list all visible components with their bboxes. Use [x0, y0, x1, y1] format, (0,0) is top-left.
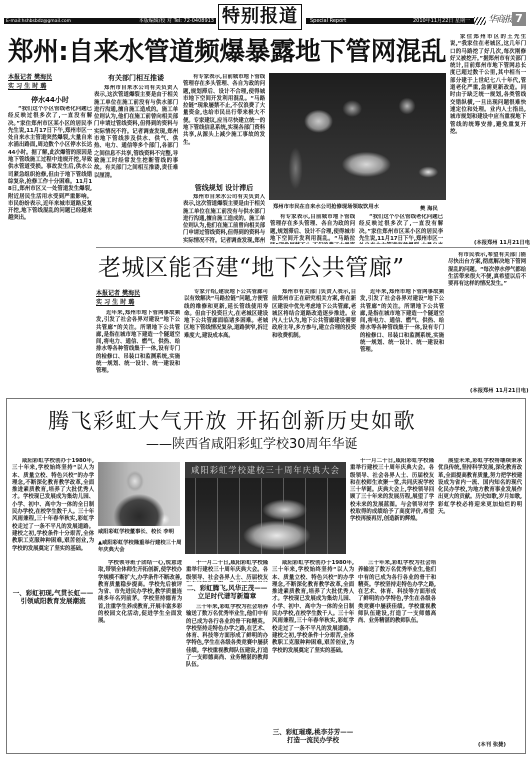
article3-col6-text: 展望未来,彩虹学校将继续秉承优良传统,坚持科学发展,深化教育改革,全面提高教育质…: [438, 458, 522, 516]
article2-byline-intern: 实 习 生 时 璐: [96, 299, 134, 307]
article3-column-4: 咸阳彩虹学校创办于1980年,三十年来,学校始终坚持“以人为本、质量立校、特色兴…: [272, 560, 354, 726]
article2-column-4: 近年来,郑州市地下管网事故频发,引发了社会各界对建设“地下公共管廊”的关注。所谓…: [360, 289, 444, 392]
masthead-editors: 本版编辑/校 对 Tel: 72-0408913: [139, 17, 214, 25]
article1-photo-caption: 郑州市市民在自来水公司抢修现场领取饮用水: [273, 204, 379, 211]
article3-col3a-text: 十一月二十日,咸阳彩虹学校隆重举行建校三十周年庆典大会。各级领导、社会各界人士、…: [186, 560, 268, 582]
article3-photo2-caption: ▲咸阳彩虹学校隆重举行建校三十周年庆典大会: [98, 540, 182, 554]
article2-col5-text: 有市民表示,希望有关部门能尽快出台方案,彻底解决地下管网混乱的问题。“每次停水停…: [448, 252, 526, 288]
article3-col-intro-text: 十一月二十日,咸阳彩虹学校隆重举行建校三十周年庆典大会。各级领导、社会各界人士、…: [350, 458, 434, 524]
article1-column-1: “我们这个小区管线老化问题已经反映过很多次了,一直没有解决。”家住郑州市区某小区…: [8, 106, 92, 388]
article3-column-2: 学校领导班子团结一心,锐意进取,带领全体师生开拓创新,使学校办学规模不断扩大,办…: [98, 560, 182, 748]
article1-col6-text: 家住郑州市区的王先生说,“我家住在老城区,这几年门口的马路挖了好几次,每次刚修好…: [450, 34, 526, 136]
article3-subheadline: ——陕西省咸阳彩虹学校30周年华诞: [146, 436, 358, 454]
article3-col2-text: 学校领导班子团结一心,锐意进取,带领全体师生开拓创新,使学校办学规模不断扩大,办…: [98, 560, 182, 626]
article2-endnote: (本报郑州 11月21日电): [470, 386, 529, 394]
page-masthead: E-mail:hshbsbdz@gmail.com 本版编辑/校 对 Tel: …: [0, 0, 530, 30]
hatch-decoration: [474, 17, 486, 25]
article3-column-6: 展望未来,彩虹学校将继续秉承优良传统,坚持科学发展,深化教育改革,全面提高教育质…: [438, 458, 522, 748]
article1-col4-text: 有专家表示,目前城市地下管线管理存在多头管理、各自为政的问题,规划滞后、设计不合…: [270, 214, 355, 244]
article2-column-3: 郑州市有关部门负责人表示,目前郑州市正在研究相关方案,将在新区建设中优先考虑地下…: [272, 289, 356, 392]
article-divider: [96, 247, 528, 248]
article1-column-5: “我们这个小区管线老化问题已经反映过很多次了,一直没有解决。”家住郑州市区某小区…: [359, 214, 443, 244]
article1-subhead-outage: 停水44小时: [8, 96, 92, 105]
article3-headline: 腾飞彩虹大气开放 开拓创新历史如歌: [48, 404, 416, 438]
article3-column-intro: 十一月二十日,咸阳彩虹学校隆重举行建校三十周年庆典大会。各级领导、社会各界人士、…: [350, 458, 434, 558]
article2-headline: 老城区能否建“地下公共管廊”: [98, 250, 405, 286]
article1-byline-intern: 实 习 生 时 璐: [8, 83, 46, 91]
article3-col3-text: 三十年来,彩虹学校为社会培养输送了数万名优秀毕业生,他们中有的已成为各行各业的骨…: [186, 604, 268, 670]
article1-subhead-departments: 有关部门相互推诿: [94, 74, 178, 83]
article2-column-5: 有市民表示,希望有关部门能尽快出台方案,彻底解决地下管网混乱的问题。“每次停水停…: [448, 252, 526, 392]
article1-headline: 郑州:自来水管道频爆暴露地下管网混乱: [8, 34, 438, 70]
article3-col1-text: 咸阳彩虹学校创办于1980年,三十年来,学校始终坚持“以人为本、质量立校、特色兴…: [12, 458, 94, 553]
ceremony-banner-text: 咸阳彩虹学校建校三十周年庆典大会: [185, 462, 346, 478]
article2-col3-text: 郑州市有关部门负责人表示,目前郑州市正在研究相关方案,将在新区建设中优先考虑地下…: [272, 289, 356, 340]
article2-col1-text: 近年来,郑州市地下管网事故频发,引发了社会各界对建设“地下公共管廊”的关注。所谓…: [96, 310, 180, 376]
article1-col3-text: 有专家表示,目前城市地下管线管理存在多头管理、各自为政的问题,规划滞后、设计不合…: [183, 74, 265, 147]
article3-column-3a: 十一月二十日,咸阳彩虹学校隆重举行建校三十周年庆典大会。各级领导、社会各界人士、…: [186, 560, 268, 582]
article1-col2-text: 郑州市自来水公司有关负责人表示,这次管道爆裂主要是由于相关施工单位在施工前没有与…: [94, 85, 178, 180]
masthead-left-bar: E-mail:hshbsbdz@gmail.com 本版编辑/校 对 Tel: …: [4, 18, 216, 24]
article3-section-3-heading: 三、彩虹璀璨,桃李芬芳——打造一流民办学校: [272, 728, 354, 744]
article3-col5-text: 三十年来,彩虹学校为社会培养输送了数万名优秀毕业生,他们中有的已成为各行各业的骨…: [358, 560, 436, 626]
section-title-en: Special Report: [310, 17, 346, 25]
article2-column-1: 近年来,郑州市地下管网事故频发,引发了社会各界对建设“地下公共管廊”的关注。所谓…: [96, 310, 180, 392]
article2-col2-text: 专家介绍,建设地下公共管廊可以有效解决“马路拉链”问题,方便管线的维修和更新,延…: [184, 289, 268, 340]
article1-column-4: 有专家表示,目前城市地下管线管理存在多头管理、各自为政的问题,规划滞后、设计不合…: [270, 214, 355, 244]
article3-endnote: (本刊 张捷): [478, 740, 506, 748]
article3-column-5: 三十年来,彩虹学校为社会培养输送了数万名优秀毕业生,他们中有的已成为各行各业的骨…: [358, 560, 436, 748]
article2-col4-text: 近年来,郑州市地下管网事故频发,引发了社会各界对建设“地下公共管廊”的关注。所谓…: [360, 289, 444, 355]
article3-col4-text: 咸阳彩虹学校创办于1980年,三十年来,学校始终坚持“以人为本、质量立校、特色兴…: [272, 560, 354, 655]
article1-subhead-planning: 管线规划 设计滞后: [183, 184, 265, 193]
article3-ceremony-photo: 咸阳彩虹学校建校三十周年庆典大会: [185, 462, 346, 554]
article3-principal-photo: [98, 462, 180, 526]
article1-endnote: (本报郑州 11月21日电): [474, 238, 530, 246]
article1-column-3b: 郑州市自来水公司有关负责人表示,这次管道爆裂主要是由于相关施工单位在施工前没有与…: [183, 194, 265, 244]
article1-col1-text: “我们这个小区管线老化问题已经反映过很多次了,一直没有解决。”家住郑州市区某小区…: [8, 106, 92, 223]
article3-column-3: 三十年来,彩虹学校为社会培养输送了数万名优秀毕业生,他们中有的已成为各行各业的骨…: [186, 604, 268, 748]
section-title: 特别报道: [218, 4, 302, 30]
article3-photo1-caption: 咸阳彩虹学校董事长、校长 李明: [98, 529, 174, 536]
article1-column-3: 有专家表示,目前城市地下管线管理存在多头管理、各自为政的问题,规划滞后、设计不合…: [183, 74, 265, 182]
masthead-right-bar: Special Report 2010年11月22日 星期一: [306, 18, 474, 24]
masthead-email: E-mail:hshbsbdz@gmail.com: [6, 17, 71, 24]
newspaper-logo: 华商报: [488, 12, 512, 25]
article1-col3b-text: 郑州市自来水公司有关负责人表示,这次管道爆裂主要是由于相关施工单位在施工前没有与…: [183, 194, 265, 244]
article2-column-2: 专家介绍,建设地下公共管廊可以有效解决“马路拉链”问题,方便管线的维修和更新,延…: [184, 289, 268, 392]
article1-byline-reporter: 本报记者 樊海民: [8, 74, 52, 82]
article3-section-1-heading: 一、彩虹初现,气贯长虹——引领咸阳教育发展潮流: [12, 589, 94, 605]
article1-photo-credit: 樊 海民: [420, 204, 438, 212]
article1-night-repair-photo: [269, 73, 446, 200]
article2-byline-reporter: 本报记者 樊海民: [96, 290, 140, 298]
article1-column-2: 郑州市自来水公司有关负责人表示,这次管道爆裂主要是由于相关施工单位在施工前没有与…: [94, 85, 178, 245]
page-number: 7: [512, 12, 526, 26]
article1-column-6: 家住郑州市区的王先生说,“我家住在老城区,这几年门口的马路挖了好几次,每次刚修好…: [450, 34, 526, 244]
article3-section-2-heading: 二、彩虹腾飞,风华正茂——立足时代谱写新篇章: [186, 584, 268, 600]
article1-col5-text: “我们这个小区管线老化问题已经反映过很多次了,一直没有解决。”家住郑州市区某小区…: [359, 214, 443, 244]
issue-date: 2010年11月22日 星期一: [413, 17, 470, 25]
